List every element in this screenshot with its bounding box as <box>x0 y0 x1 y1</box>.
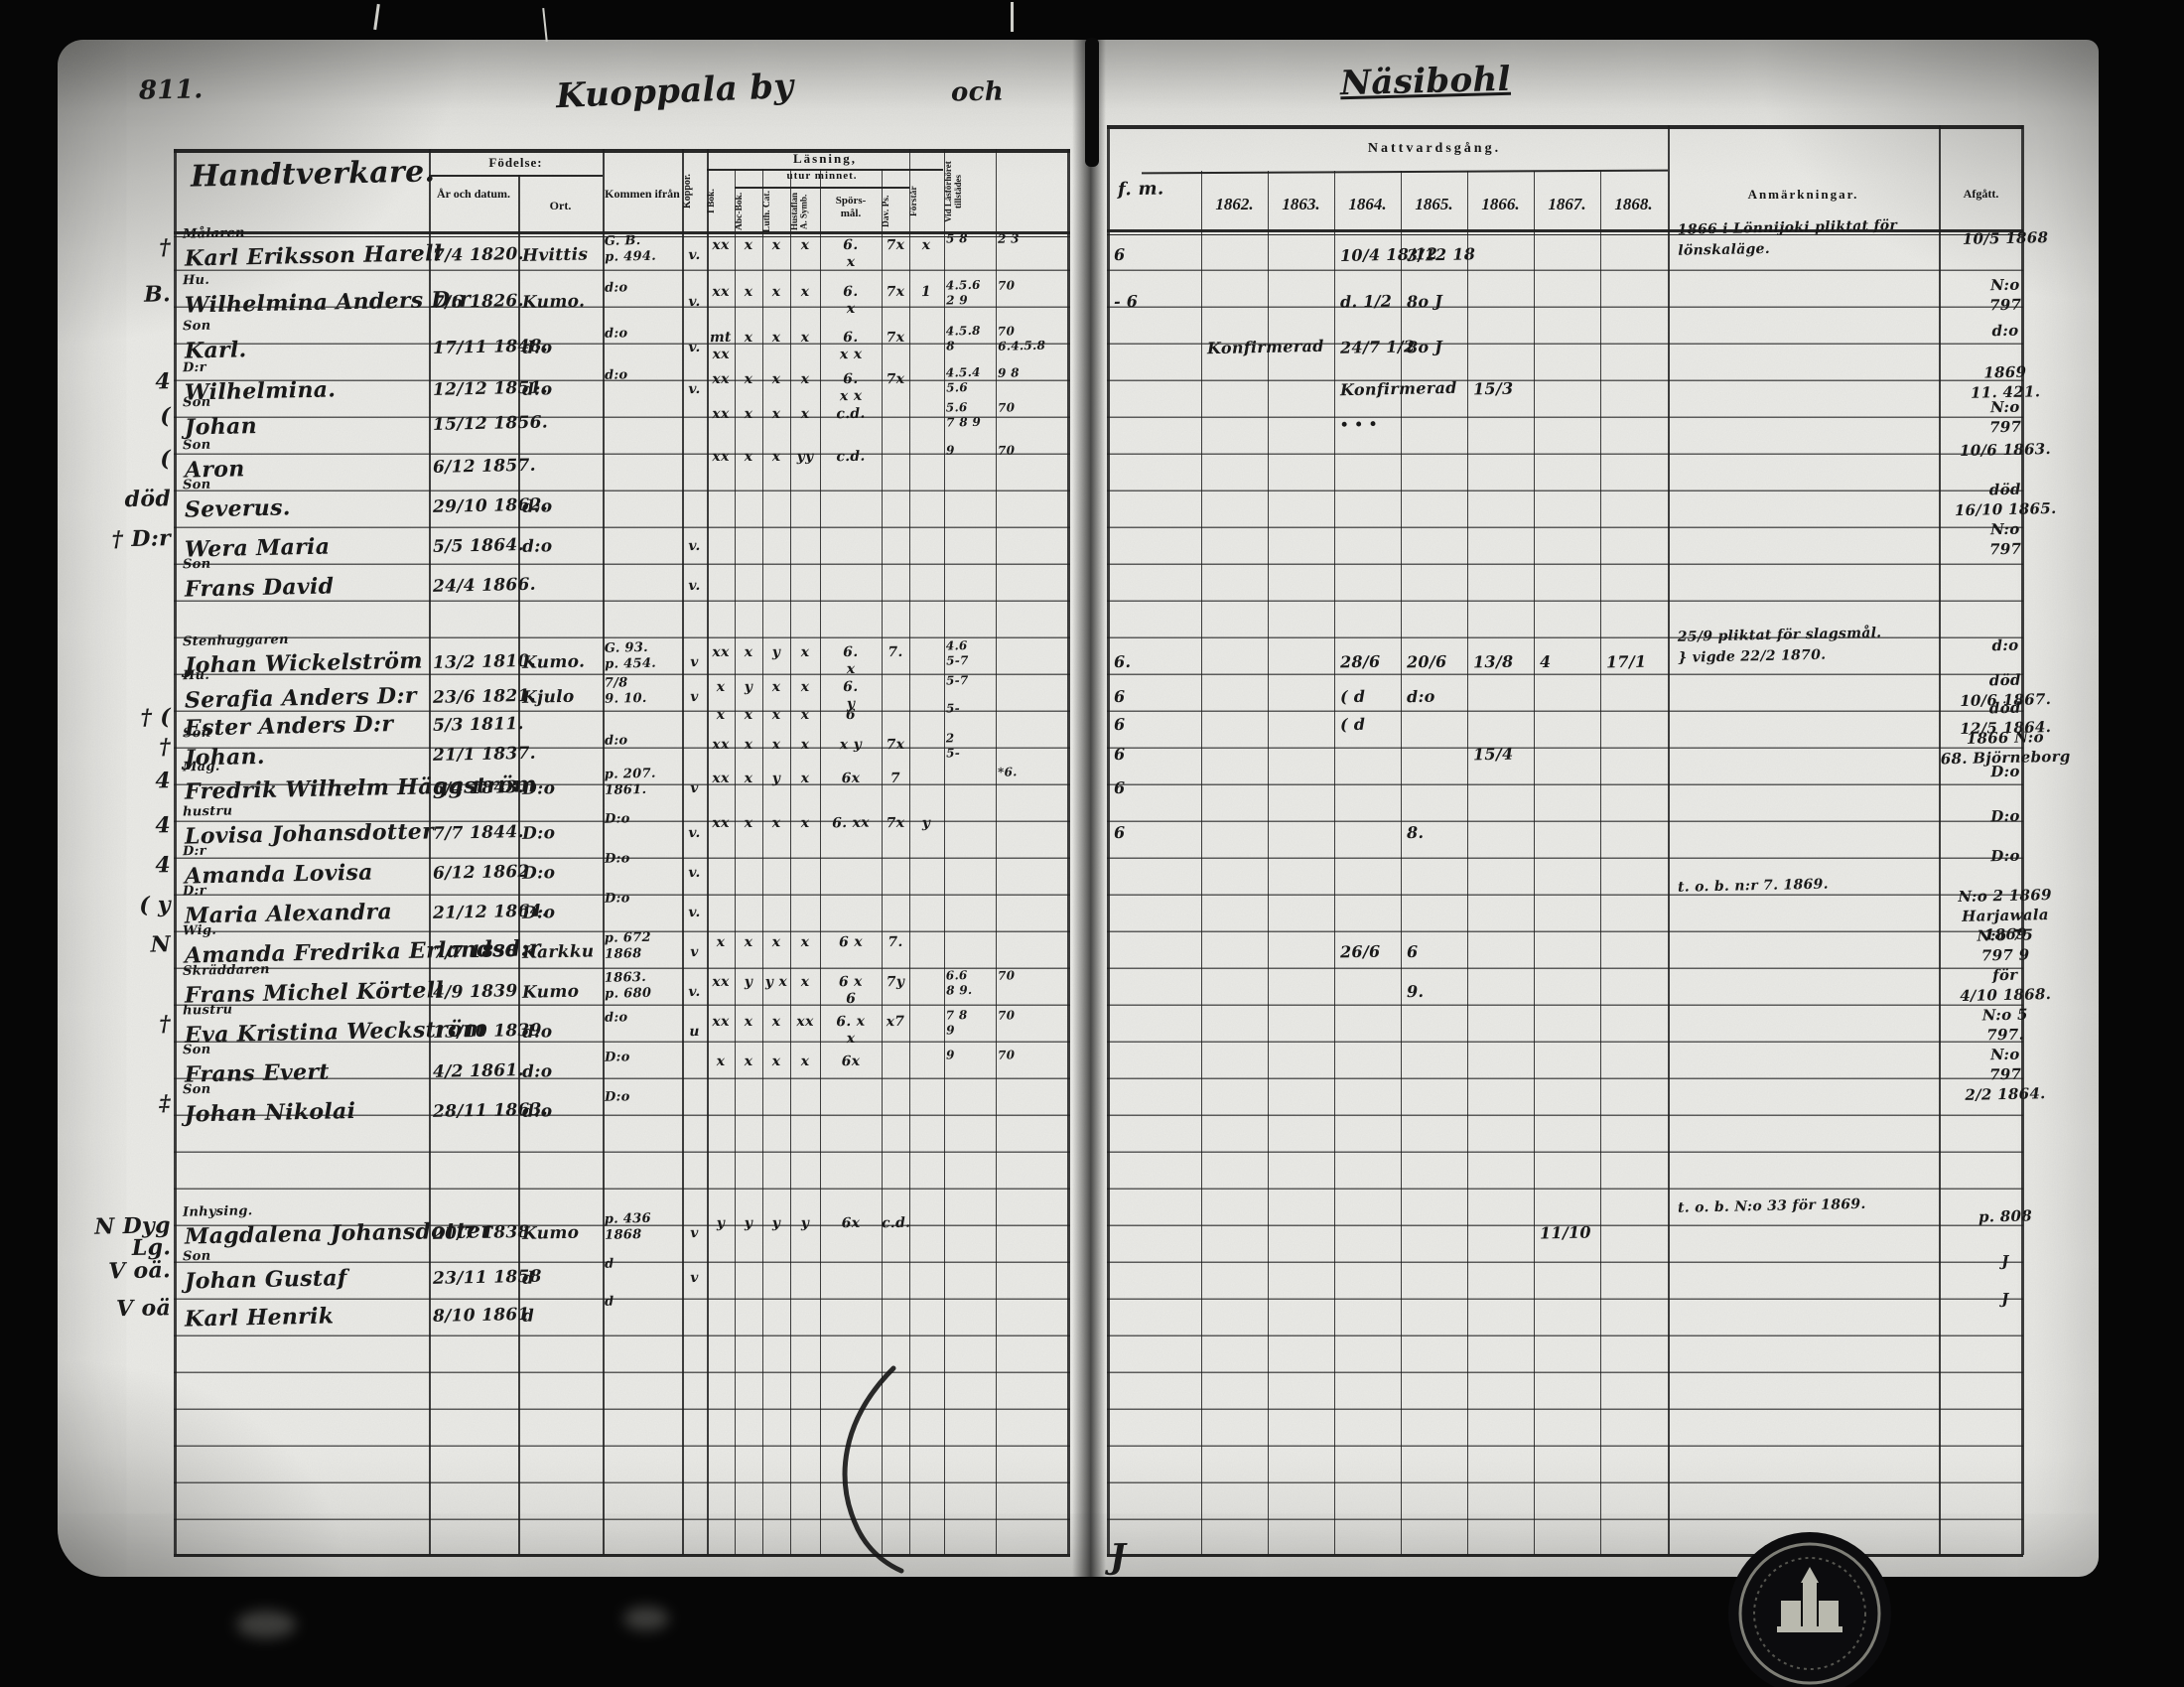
row-birth-date: 15/12 1856. <box>433 413 520 435</box>
birth-date-header: År och datum. <box>433 187 514 202</box>
row-smallpox-mark: v. <box>683 340 706 355</box>
occupation-group-header: Handtverkare. <box>191 154 436 194</box>
row-communion-entry: 6 <box>1407 942 1419 961</box>
row-reading-mark: x <box>790 974 820 991</box>
row-came-from: d:o <box>605 325 680 343</box>
row-came-from: d:o <box>605 366 680 384</box>
row-came-from: d:o <box>605 1009 680 1027</box>
in-book-header: I Bok. <box>707 171 735 232</box>
row-name: Serafia Anders D:r <box>185 682 429 713</box>
row-reading-mark: y <box>790 1215 820 1232</box>
row-smallpox-mark: v. <box>683 825 706 841</box>
row-reading-mark: x <box>735 771 762 787</box>
communion-year-label: 1867. <box>1534 195 1600 214</box>
row-name: Johan Nikolai <box>185 1096 429 1127</box>
row-birth-place: D:o <box>522 822 602 844</box>
row-reading-mark: x <box>790 330 820 347</box>
row-departed: D:o <box>1931 805 2080 828</box>
row-birth-date: 21/12 1864. <box>433 902 520 923</box>
row-communion-entry: 8. <box>1407 823 1425 842</box>
row-relation-label: Mag. <box>183 760 220 775</box>
row-margin-note: B. <box>91 283 171 307</box>
row-reading-mark: c.d. <box>820 448 882 466</box>
row-communion-entry: 8o J <box>1407 292 1443 312</box>
row-birth-date: 7/6 1826. <box>433 291 520 313</box>
attendance-header: Vid Läsförhöret tillstädes <box>944 151 995 232</box>
row-reading-mark: 6 <box>820 706 882 724</box>
row-birth-place: d <box>522 1305 602 1327</box>
row-came-from: 7/8 9. 10. <box>605 674 681 708</box>
row-departed: J <box>1931 1250 2080 1273</box>
row-relation-label: Wig. <box>183 923 216 939</box>
row-reading-mark: 7x <box>882 237 909 254</box>
row-relation-label: Son <box>183 1249 211 1265</box>
row-name: Fredrik Wilhelm Häggström <box>185 773 429 804</box>
row-reading-mark: 6 x 6 <box>820 973 883 1008</box>
row-reading-mark: x <box>790 737 820 754</box>
row-reading-mark: x <box>909 237 943 255</box>
row-reading-mark: 7x <box>882 371 909 388</box>
row-reading-mark: 6x <box>820 770 882 787</box>
row-relation-label: Son <box>183 1082 211 1098</box>
row-reading-mark: 6x <box>820 1214 882 1232</box>
row-reading-mark: x <box>735 815 762 832</box>
row-smallpox-mark: v. <box>683 865 706 881</box>
row-name: Frans David <box>185 571 429 602</box>
row-reading-mark: xx <box>707 406 735 423</box>
row-communion-entry: ( d <box>1340 687 1366 707</box>
row-name: Eva Kristina Weckström <box>185 1017 429 1048</box>
row-communion-entry: ( d <box>1340 715 1366 735</box>
row-reading-mark: c.d. <box>882 1215 909 1232</box>
row-relation-label: Son <box>183 1043 211 1058</box>
row-came-from: d <box>605 1293 680 1311</box>
row-birth-place: D:o <box>522 902 602 923</box>
row-extra-note: *6. <box>998 764 1067 779</box>
row-reading-mark: xx <box>707 449 735 466</box>
right-ruled-lines <box>1107 234 2023 1555</box>
row-remark: 1866 i Lönnijoki pliktat för lönskaläge. <box>1678 214 1945 262</box>
row-reading-mark: x <box>735 1014 762 1031</box>
reading-header: Läsning, <box>707 151 943 167</box>
row-came-from: D:o <box>605 1049 680 1066</box>
row-attendance-note: 5.6 7 8 9 <box>946 400 995 431</box>
row-birth-place: d:o <box>522 378 602 400</box>
row-name: Frans Evert <box>185 1056 429 1087</box>
row-margin-note: ( <box>91 448 171 472</box>
row-attendance-note: 5 8 <box>946 230 994 246</box>
row-name: Karl Henrik <box>185 1301 429 1332</box>
row-reading-mark: x <box>762 330 790 347</box>
row-relation-label: Son <box>183 319 211 335</box>
table-line <box>1268 171 1269 1555</box>
row-reading-mark: x <box>735 449 762 466</box>
row-reading-mark: mt xx <box>707 330 736 363</box>
row-reading-mark: x <box>735 371 762 388</box>
row-came-from: d <box>605 1255 680 1273</box>
row-reading-mark: y <box>735 1215 762 1232</box>
row-birth-date: 12/12 1851. <box>433 378 520 400</box>
row-margin-note: N <box>91 933 171 957</box>
communion-year-label: 1866. <box>1467 195 1534 214</box>
village-title-conjunction: och <box>951 76 1005 107</box>
row-reading-mark: xx <box>790 1014 820 1031</box>
row-extra-note: 70 <box>998 277 1067 293</box>
table-line <box>1107 125 1110 1555</box>
row-extra-note: 70 <box>998 399 1067 415</box>
row-reading-mark: x <box>735 284 762 301</box>
row-reading-mark: x <box>735 237 762 254</box>
row-reading-mark: 6. x x <box>820 329 883 363</box>
row-relation-label: Hu. <box>183 273 209 289</box>
row-birth-place: d:o <box>522 1060 602 1082</box>
row-reading-mark: y <box>762 771 790 787</box>
row-birth-date: 7/7 1838 <box>433 941 520 963</box>
row-reading-mark: y <box>735 679 762 696</box>
row-attendance-note: 7 8 9 <box>946 1008 995 1039</box>
row-reading-mark: x <box>790 1054 820 1070</box>
row-communion-entry: 4 <box>1540 652 1552 671</box>
gutter-ink-mark: J <box>1110 1537 1127 1577</box>
row-name: Johan. <box>185 740 429 771</box>
row-communion-entry: 8o J <box>1407 338 1443 357</box>
row-reading-mark: xx <box>707 974 735 991</box>
table-line <box>429 149 431 1555</box>
row-reading-mark: y <box>762 1215 790 1232</box>
row-reading-mark: x <box>762 934 790 951</box>
smallpox-header: Koppor. <box>682 151 707 232</box>
row-reading-mark: x <box>762 815 790 832</box>
row-departed: N:o 797 <box>1931 1044 2081 1085</box>
row-smallpox-mark: v <box>683 1225 706 1241</box>
questions-header: Spörs- mål. <box>820 195 882 220</box>
row-communion-entry: ∙ ∙ ∙ <box>1340 414 1378 434</box>
row-reading-mark: x <box>735 330 762 347</box>
row-name: Lovisa Johansdotter <box>185 818 429 849</box>
row-attendance-note: 4.6 5-7 <box>946 638 995 669</box>
row-communion-entry: 6 <box>1114 715 1126 734</box>
row-margin-note: 4 <box>91 370 171 394</box>
row-reading-mark: 7y <box>882 974 909 991</box>
row-reading-mark: x <box>735 934 762 951</box>
communion-year-label: 1865. <box>1401 195 1467 214</box>
row-extra-note: 2 3 <box>998 230 1067 246</box>
scan-photo: 811. Kuoppala by och Näsibohl Handtverka… <box>0 0 2184 1687</box>
row-reading-mark: 6x <box>820 1053 882 1070</box>
row-margin-note: 4 <box>91 854 171 878</box>
row-communion-entry: 6 <box>1114 687 1126 706</box>
row-birth-place: d <box>522 1267 602 1289</box>
row-smallpox-mark: u <box>683 1024 706 1040</box>
row-reading-mark: x <box>790 679 820 696</box>
communion-margin-note: f. m. <box>1118 179 1164 201</box>
row-smallpox-mark: v <box>683 1270 706 1286</box>
row-margin-note: V oä. <box>91 1259 171 1283</box>
row-extra-note: 70 <box>998 1047 1067 1062</box>
row-reading-mark: 6. x <box>820 236 883 271</box>
row-reading-mark: x <box>790 371 820 388</box>
row-name: Severus. <box>185 492 429 522</box>
row-attendance-note: 9 <box>946 1047 994 1062</box>
communion-header: Nattvardsgång. <box>1201 141 1668 157</box>
table-line <box>1334 171 1335 1555</box>
row-margin-note: † ( <box>91 706 171 730</box>
row-name: Aron <box>185 452 429 483</box>
row-attendance-note: 2 5- <box>946 731 995 762</box>
row-reading-mark: x <box>762 449 790 466</box>
row-communion-entry: Konfirmerad <box>1207 337 1324 357</box>
row-birth-date: 23/11 1858 <box>433 1267 520 1289</box>
row-birth-place: Hvittis <box>522 244 602 266</box>
row-name: Maria Alexandra <box>185 898 429 928</box>
row-reading-mark: 6. x <box>820 643 883 678</box>
row-communion-entry: 6 <box>1114 778 1126 797</box>
row-birth-date: 28/11 1863. <box>433 1100 520 1122</box>
row-smallpox-mark: v. <box>683 294 706 310</box>
row-attendance-note: 4.5.8 8 <box>946 324 995 354</box>
row-margin-note: † <box>91 736 171 760</box>
row-reading-mark: x <box>762 237 790 254</box>
row-reading-mark: x <box>762 371 790 388</box>
row-reading-mark: x7 <box>882 1014 909 1031</box>
row-reading-mark: x <box>790 237 820 254</box>
row-birth-date: 6/4 1843. <box>433 777 520 799</box>
row-reading-mark: x <box>790 815 820 832</box>
row-reading-mark: xx <box>707 237 735 254</box>
row-birth-date: 23/6 1821. <box>433 686 520 708</box>
row-reading-mark: xx <box>707 771 735 787</box>
row-communion-entry: 15/4 <box>1473 745 1514 765</box>
row-smallpox-mark: v <box>683 689 706 705</box>
row-reading-mark: x <box>762 1054 790 1070</box>
row-departed: d:o <box>1931 634 2080 657</box>
row-name: Karl. <box>185 333 429 363</box>
departed-header: Afgått. <box>1939 187 2023 202</box>
film-smudge <box>236 1611 296 1638</box>
row-reading-mark: y <box>735 974 762 991</box>
row-reading-mark: 6. xx <box>820 814 882 832</box>
birth-place-header: Ort. <box>518 199 603 213</box>
row-came-from: d:o <box>605 732 680 750</box>
film-scratch <box>542 8 548 42</box>
row-reading-mark: xx <box>707 1014 735 1031</box>
row-birth-place: Kjulo <box>522 686 602 708</box>
row-communion-entry: 11/10 <box>1540 1222 1591 1242</box>
pen-stroke <box>824 1360 913 1579</box>
row-came-from: p. 207. 1861. <box>605 766 681 799</box>
row-departed: d:o <box>1931 320 2080 343</box>
row-reading-mark: xx <box>707 371 735 388</box>
row-reading-mark: y x <box>762 974 790 991</box>
row-communion-entry: 3/12 18 <box>1407 244 1476 264</box>
row-birth-place: d:o <box>522 495 602 517</box>
row-birth-date: 6/12 1862. <box>433 862 520 884</box>
table-line <box>1534 171 1535 1555</box>
film-scratch <box>1011 2 1014 32</box>
row-relation-label: Skräddaren <box>183 962 270 979</box>
row-name: Johan Gustaf <box>185 1263 429 1294</box>
row-birth-date: 6/12 1857. <box>433 456 520 478</box>
row-departed: N:o 797 <box>1931 274 2081 316</box>
row-extra-note: 70 6.4.5.8 <box>998 323 1068 353</box>
row-birth-date: 4/9 1839 <box>433 981 520 1003</box>
row-extra-note: 70 <box>998 1007 1067 1023</box>
row-smallpox-mark: v. <box>683 538 706 554</box>
binding-gutter-shadow <box>1085 38 1099 167</box>
row-birth-date: 5/3 1811. <box>433 714 520 736</box>
row-reading-mark: y <box>707 1215 735 1232</box>
row-attendance-note: 4.5.6 2 9 <box>946 278 995 309</box>
row-communion-entry: Konfirmerad <box>1340 378 1457 399</box>
row-smallpox-mark: v. <box>683 578 706 594</box>
table-line <box>944 149 945 1555</box>
row-came-from: G. B. p. 494. <box>605 232 681 266</box>
row-birth-date: 7/4 1820. <box>433 244 520 266</box>
binding-gutter <box>1072 40 1106 1577</box>
row-reading-mark: x <box>735 707 762 724</box>
row-birth-date: 17/11 1848. <box>433 337 520 358</box>
row-came-from: G. 93. p. 454. <box>605 639 681 673</box>
row-birth-place: Kumo. <box>522 291 602 313</box>
row-came-from: d:o <box>605 279 680 297</box>
row-reading-mark: x <box>735 1054 762 1070</box>
row-name: Johan <box>185 409 429 440</box>
row-birth-date: 4/2 1861. <box>433 1060 520 1082</box>
row-relation-label: D:r <box>183 844 206 859</box>
row-reading-mark: x <box>790 934 820 951</box>
row-birth-place: Kumo <box>522 981 602 1003</box>
row-reading-mark: yy <box>790 449 820 466</box>
row-reading-mark: x <box>790 406 820 423</box>
row-birth-place: d:o <box>522 337 602 358</box>
film-smudge <box>623 1607 669 1630</box>
row-reading-mark: x <box>790 644 820 661</box>
row-margin-note: ‡ <box>91 1092 171 1116</box>
table-line <box>1467 171 1468 1555</box>
row-came-from: D:o <box>605 1088 680 1106</box>
row-communion-entry: 6 <box>1114 245 1126 264</box>
row-departed: D:o <box>1931 845 2080 868</box>
row-birth-date: 8/10 1861 <box>433 1305 520 1327</box>
row-relation-label: Hu. <box>183 668 209 684</box>
psalms-header: Dav. Ps. <box>882 189 909 234</box>
row-communion-entry: 6 <box>1114 745 1126 764</box>
row-extra-note: 70 <box>998 967 1067 983</box>
row-reading-mark: 7x <box>882 815 909 832</box>
row-reading-mark: x <box>762 707 790 724</box>
row-birth-place: d:o <box>522 535 602 557</box>
row-came-from: D:o <box>605 850 680 868</box>
row-birth-date: 21/1 1837. <box>433 744 520 766</box>
film-scratch <box>373 4 380 30</box>
row-relation-label: Son <box>183 438 211 454</box>
village-title-right: Näsibohl <box>1340 60 1512 103</box>
row-birth-place: d:o <box>522 1100 602 1122</box>
row-smallpox-mark: v <box>683 780 706 796</box>
row-relation-label: D:r <box>183 360 206 375</box>
row-communion-entry: 6. <box>1114 652 1132 671</box>
row-reading-mark: 7x <box>882 284 909 301</box>
row-reading-mark: 7x <box>882 737 909 754</box>
row-reading-mark: x <box>762 284 790 301</box>
row-reading-mark: x <box>762 737 790 754</box>
row-reading-mark: 6. x x <box>820 370 883 405</box>
row-reading-mark: xx <box>707 737 735 754</box>
row-departed: N:o 797 <box>1931 518 2081 560</box>
row-reading-mark: x <box>707 934 735 951</box>
row-birth-date: 13/10 1839 <box>433 1021 520 1043</box>
row-reading-mark: x <box>790 284 820 301</box>
row-smallpox-mark: v. <box>683 984 706 1000</box>
row-reading-mark: 6 x <box>820 933 882 951</box>
row-reading-mark: xx <box>707 644 735 661</box>
row-reading-mark: x <box>707 679 735 696</box>
folio-number: 811. <box>139 74 204 105</box>
table-line <box>996 149 997 1555</box>
row-name: Wilhelmina Anders D:r <box>185 287 429 318</box>
archive-stamp <box>1725 1529 1894 1687</box>
row-departed: N:o 797 <box>1931 396 2081 438</box>
row-reading-mark: x <box>790 771 820 787</box>
communion-year-label: 1862. <box>1201 195 1268 214</box>
communion-year-label: 1863. <box>1268 195 1334 214</box>
row-communion-entry: - 6 <box>1114 292 1139 312</box>
row-name: Karl Eriksson Harell <box>185 240 429 271</box>
communion-year-label: 1864. <box>1334 195 1401 214</box>
row-communion-entry: 20/6 <box>1407 652 1447 672</box>
row-relation-label: hustru <box>183 1002 233 1018</box>
row-reading-mark: x <box>735 737 762 754</box>
row-communion-entry: d:o <box>1407 687 1435 707</box>
row-name: Ester Anders D:r <box>185 710 429 741</box>
row-birth-date: 13/2 1810. <box>433 651 520 673</box>
row-extra-note: 9 8 <box>998 364 1067 380</box>
row-reading-mark: y <box>762 644 790 661</box>
row-communion-entry: 15/3 <box>1473 379 1514 399</box>
row-communion-entry: 13/8 <box>1473 652 1514 672</box>
row-relation-label: Inhysing. <box>183 1203 253 1219</box>
row-name: Magdalena Johansdotter <box>185 1218 429 1249</box>
row-came-from: p. 672 1868 <box>605 929 681 963</box>
row-reading-mark: xx <box>707 284 735 301</box>
row-margin-note: 4 <box>91 770 171 793</box>
row-reading-mark: c.d. <box>820 405 882 423</box>
row-departed: 2/2 1864. <box>1931 1083 2080 1106</box>
row-margin-note: V oä <box>91 1297 171 1321</box>
row-reading-mark: x <box>762 406 790 423</box>
row-relation-label: Målaren <box>183 225 245 241</box>
table-line <box>1067 149 1070 1555</box>
remarks-header: Anmärkningar. <box>1668 187 1939 203</box>
row-margin-note: 4 <box>91 814 171 838</box>
row-came-from: D:o <box>605 810 680 828</box>
row-came-from: 1863. p. 680 <box>605 969 681 1003</box>
row-came-from: p. 436 1868 <box>605 1210 681 1244</box>
row-departed: N:o 75 797 9 <box>1931 924 2081 966</box>
row-relation-label: Son <box>183 557 211 573</box>
by-heart-header: utur minnet. <box>735 170 909 182</box>
row-departed: död 16/10 1865. <box>1931 479 2081 520</box>
row-departed: 10/6 1863. <box>1931 439 2080 462</box>
row-reading-mark: x <box>735 644 762 661</box>
row-birth-date: 7/7 1844. <box>433 822 520 844</box>
row-birth-place: D:o <box>522 777 602 799</box>
row-attendance-note: 6.6 8 9. <box>946 968 995 999</box>
row-reading-mark: x <box>707 707 735 724</box>
row-communion-entry: 6 <box>1114 823 1126 842</box>
row-name: Wilhelmina. <box>185 374 429 405</box>
row-reading-mark: 1 <box>909 284 943 302</box>
